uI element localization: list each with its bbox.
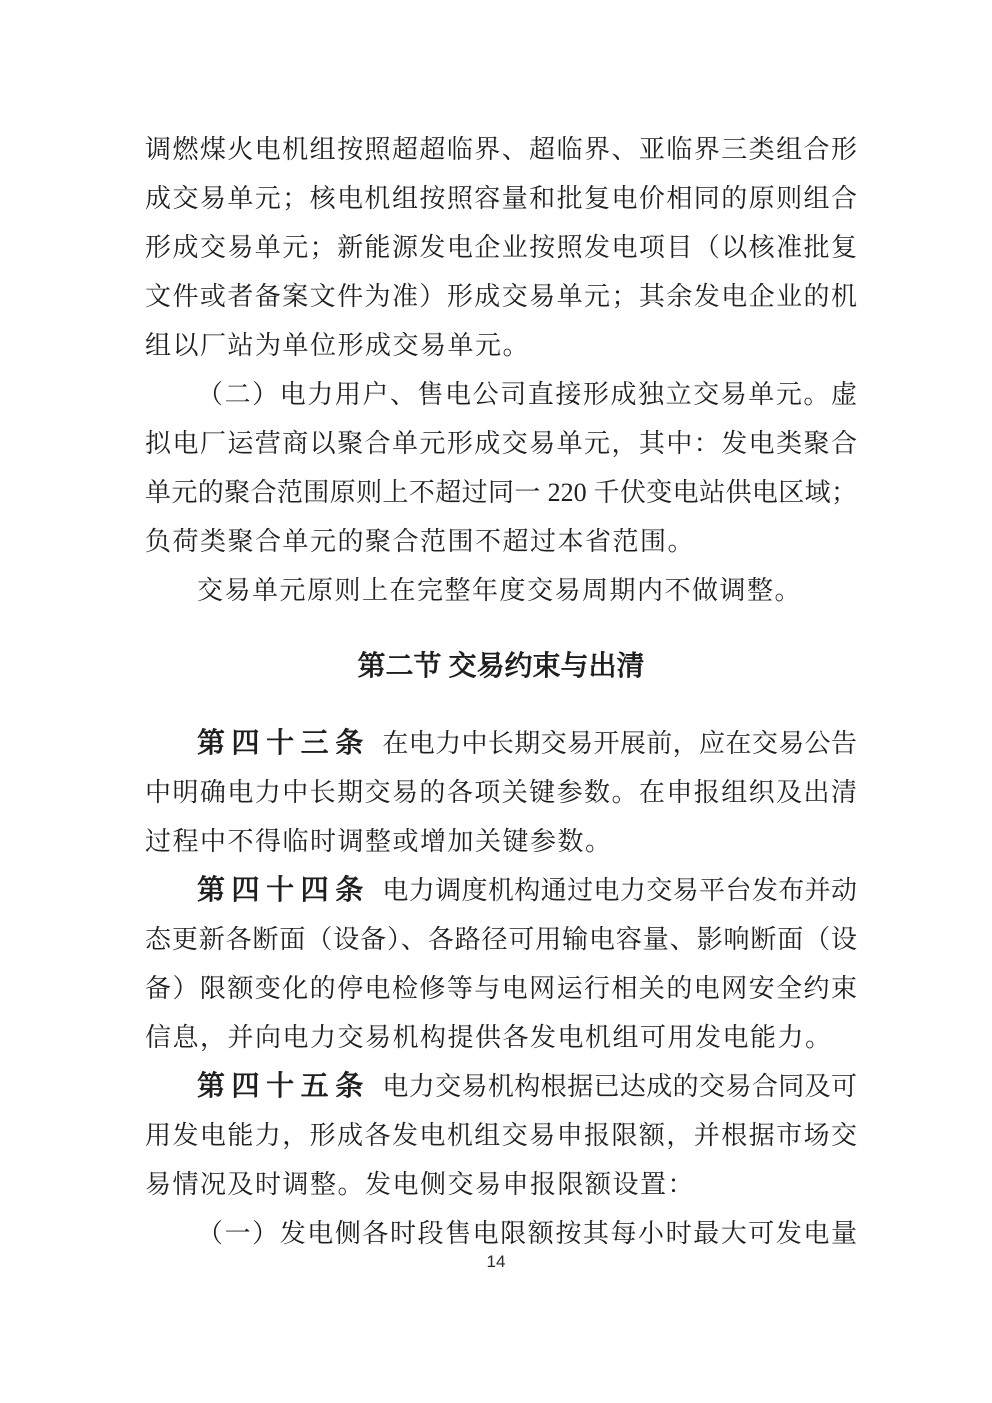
body-line: 负荷类聚合单元的聚合范围不超过本省范围。 <box>145 517 857 566</box>
article-text: 电力交易机构根据已达成的交易合同及可 <box>382 1072 857 1101</box>
body-line-item-2: （二）电力用户、售电公司直接形成独立交易单元。虚 <box>145 370 857 419</box>
article-number: 第四十四条 <box>197 875 370 906</box>
body-line: 中明确电力中长期交易的各项关键参数。在申报组织及出清 <box>145 768 857 817</box>
page-number: 14 <box>0 1252 992 1272</box>
body-line: 态更新各断面（设备）、各路径可用输电容量、影响断面（设 <box>145 915 857 964</box>
body-line: 调燃煤火电机组按照超超临界、超临界、亚临界三类组合形 <box>145 125 857 174</box>
body-line: 用发电能力，形成各发电机组交易申报限额，并根据市场交 <box>145 1111 857 1160</box>
article-line-44: 第四十四条电力调度机构通过电力交易平台发布并动 <box>145 866 857 915</box>
body-line: 单元的聚合范围原则上不超过同一 220 千伏变电站供电区域； <box>145 468 857 517</box>
body-line: 成交易单元；核电机组按照容量和批复电价相同的原则组合 <box>145 174 857 223</box>
article-line-43: 第四十三条在电力中长期交易开展前，应在交易公告 <box>145 719 857 768</box>
article-number: 第四十三条 <box>197 728 370 759</box>
document-page: 调燃煤火电机组按照超超临界、超临界、亚临界三类组合形 成交易单元；核电机组按照容… <box>0 0 992 1403</box>
article-text: 电力调度机构通过电力交易平台发布并动 <box>382 876 857 905</box>
body-line: 过程中不得临时调整或增加关键参数。 <box>145 817 857 866</box>
body-line: 组以厂站为单位形成交易单元。 <box>145 321 857 370</box>
article-line-45: 第四十五条电力交易机构根据已达成的交易合同及可 <box>145 1062 857 1111</box>
section-heading: 第二节 交易约束与出清 <box>145 642 857 691</box>
body-line: 备）限额变化的停电检修等与电网运行相关的电网安全约束 <box>145 964 857 1013</box>
body-line: 文件或者备案文件为准）形成交易单元；其余发电企业的机 <box>145 272 857 321</box>
body-line-item-1: （一）发电侧各时段售电限额按其每小时最大可发电量 <box>145 1209 857 1258</box>
document-body: 调燃煤火电机组按照超超临界、超临界、亚临界三类组合形 成交易单元；核电机组按照容… <box>145 125 857 1258</box>
body-line: 信息，并向电力交易机构提供各发电机组可用发电能力。 <box>145 1013 857 1062</box>
body-line: 拟电厂运营商以聚合单元形成交易单元，其中：发电类聚合 <box>145 419 857 468</box>
article-number: 第四十五条 <box>197 1071 370 1102</box>
body-line: 形成交易单元；新能源发电企业按照发电项目（以核准批复 <box>145 223 857 272</box>
article-text: 在电力中长期交易开展前，应在交易公告 <box>382 729 857 758</box>
body-line: 易情况及时调整。发电侧交易申报限额设置： <box>145 1160 857 1209</box>
body-line: 交易单元原则上在完整年度交易周期内不做调整。 <box>145 566 857 615</box>
